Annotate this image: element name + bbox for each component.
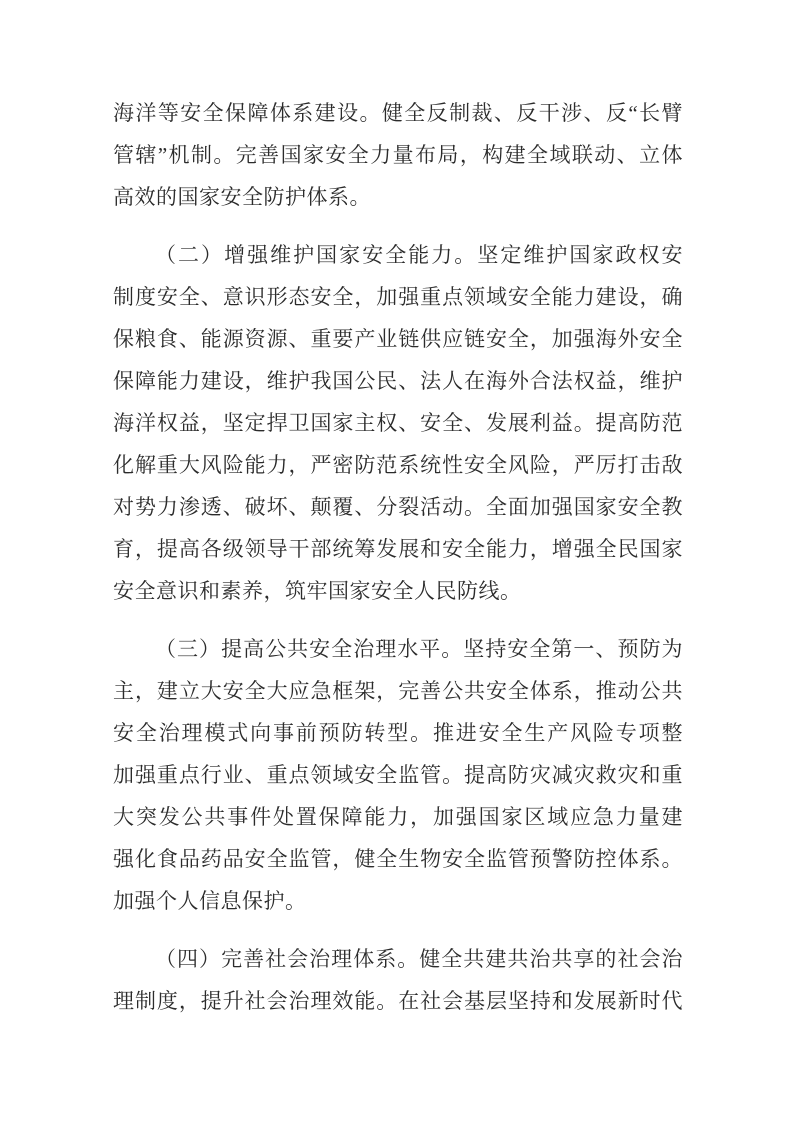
text-line: 大突发公共事件处置保障能力，加强国家区域应急力量建设。 (113, 796, 683, 838)
text-line: 管辖”机制。完善国家安全力量布局，构建全域联动、立体 (113, 134, 683, 176)
text-line: 化解重大风险能力，严密防范系统性安全风险，严厉打击敌 (113, 444, 683, 486)
para-item-2: （二）增强维护国家安全能力。坚定维护国家政权安全、制度安全、意识形态安全，加强重… (113, 234, 683, 612)
text-line: 育，提高各级领导干部统筹发展和安全能力，增强全民国家 (113, 528, 683, 570)
document-body: 海洋等安全保障体系建设。健全反制裁、反干涉、反“长臂管辖”机制。完善国家安全力量… (113, 92, 683, 1022)
text-line: 加强重点行业、重点领域安全监管。提高防灾减灾救灾和重 (113, 754, 683, 796)
text-line: 主，建立大安全大应急框架，完善公共安全体系，推动公共 (113, 670, 683, 712)
text-line: 理制度，提升社会治理效能。在社会基层坚持和发展新时代 (113, 980, 683, 1022)
text-line: （四）完善社会治理体系。健全共建共治共享的社会治 (113, 938, 683, 980)
text-line: （二）增强维护国家安全能力。坚定维护国家政权安全、 (113, 234, 683, 276)
text-line: 高效的国家安全防护体系。 (113, 176, 683, 218)
text-line: 制度安全、意识形态安全，加强重点领域安全能力建设，确 (113, 276, 683, 318)
text-line: 海洋权益，坚定捍卫国家主权、安全、发展利益。提高防范 (113, 402, 683, 444)
text-line: （三）提高公共安全治理水平。坚持安全第一、预防为 (113, 628, 683, 670)
para-continuation: 海洋等安全保障体系建设。健全反制裁、反干涉、反“长臂管辖”机制。完善国家安全力量… (113, 92, 683, 218)
text-line: 加强个人信息保护。 (113, 880, 683, 922)
document-page: 海洋等安全保障体系建设。健全反制裁、反干涉、反“长臂管辖”机制。完善国家安全力量… (0, 0, 800, 1131)
text-line: 强化食品药品安全监管，健全生物安全监管预警防控体系。 (113, 838, 683, 880)
text-line: 安全治理模式向事前预防转型。推进安全生产风险专项整治， (113, 712, 683, 754)
text-line: 海洋等安全保障体系建设。健全反制裁、反干涉、反“长臂 (113, 92, 683, 134)
para-item-3: （三）提高公共安全治理水平。坚持安全第一、预防为主，建立大安全大应急框架，完善公… (113, 628, 683, 922)
text-line: 对势力渗透、破坏、颠覆、分裂活动。全面加强国家安全教 (113, 486, 683, 528)
para-item-4: （四）完善社会治理体系。健全共建共治共享的社会治理制度，提升社会治理效能。在社会… (113, 938, 683, 1022)
text-line: 保粮食、能源资源、重要产业链供应链安全，加强海外安全 (113, 318, 683, 360)
text-line: 安全意识和素养，筑牢国家安全人民防线。 (113, 570, 683, 612)
text-line: 保障能力建设，维护我国公民、法人在海外合法权益，维护 (113, 360, 683, 402)
